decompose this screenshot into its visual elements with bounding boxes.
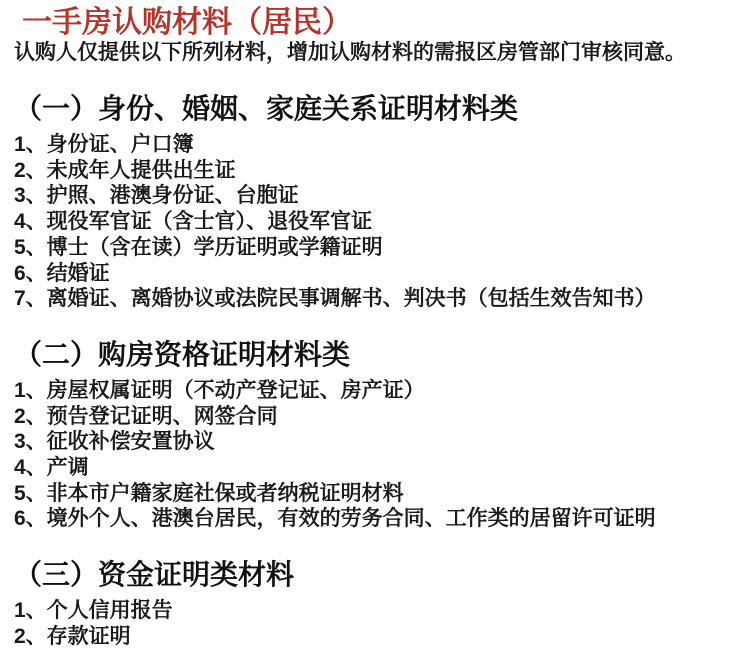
section-funds: （三）资金证明类材料 1、个人信用报告 2、存款证明 bbox=[14, 558, 732, 649]
list-item: 6、结婚证 bbox=[14, 261, 732, 287]
list-item: 7、离婚证、离婚协议或法院民事调解书、判决书（包括生效告知书） bbox=[14, 286, 732, 312]
list-item: 5、博士（含在读）学历证明或学籍证明 bbox=[14, 235, 732, 261]
section-item-list: 1、个人信用报告 2、存款证明 bbox=[14, 598, 732, 649]
list-item: 4、现役军官证（含士官）、退役军官证 bbox=[14, 209, 732, 235]
list-item: 4、产调 bbox=[14, 455, 732, 481]
list-item: 1、身份证、户口簿 bbox=[14, 132, 732, 158]
list-item: 1、个人信用报告 bbox=[14, 598, 732, 624]
list-item: 5、非本市户籍家庭社保或者纳税证明材料 bbox=[14, 481, 732, 507]
list-item: 3、征收补偿安置协议 bbox=[14, 429, 732, 455]
section-identity: （一）身份、婚姻、家庭关系证明材料类 1、身份证、户口簿 2、未成年人提供出生证… bbox=[14, 92, 732, 312]
section-item-list: 1、房屋权属证明（不动产登记证、房产证） 2、预告登记证明、网签合同 3、征收补… bbox=[14, 378, 732, 532]
section-item-list: 1、身份证、户口簿 2、未成年人提供出生证 3、护照、港澳身份证、台胞证 4、现… bbox=[14, 132, 732, 312]
page-title: 一手房认购材料（居民） bbox=[14, 6, 732, 40]
section-heading: （一）身份、婚姻、家庭关系证明材料类 bbox=[14, 92, 732, 126]
list-item: 2、存款证明 bbox=[14, 624, 732, 650]
page-subtitle: 认购人仅提供以下所列材料，增加认购材料的需报区房管部门审核同意。 bbox=[14, 40, 732, 66]
list-item: 2、未成年人提供出生证 bbox=[14, 158, 732, 184]
list-item: 1、房屋权属证明（不动产登记证、房产证） bbox=[14, 378, 732, 404]
section-heading: （二）购房资格证明材料类 bbox=[14, 338, 732, 372]
list-item: 3、护照、港澳身份证、台胞证 bbox=[14, 183, 732, 209]
list-item: 6、境外个人、港澳台居民，有效的劳务合同、工作类的居留许可证明 bbox=[14, 506, 732, 532]
document-page: 一手房认购材料（居民） 认购人仅提供以下所列材料，增加认购材料的需报区房管部门审… bbox=[0, 0, 740, 671]
section-heading: （三）资金证明类材料 bbox=[14, 558, 732, 592]
section-qualification: （二）购房资格证明材料类 1、房屋权属证明（不动产登记证、房产证） 2、预告登记… bbox=[14, 338, 732, 532]
list-item: 2、预告登记证明、网签合同 bbox=[14, 404, 732, 430]
